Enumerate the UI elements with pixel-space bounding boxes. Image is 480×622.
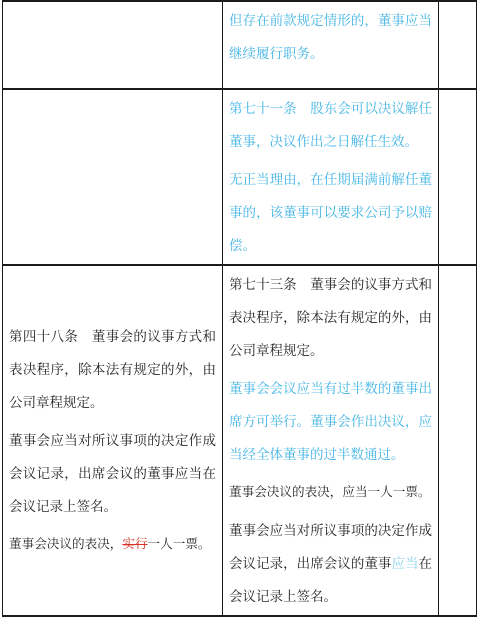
- table-cell: [3, 89, 223, 265]
- paragraph: 董事会会议应当有过半数的董事出席方可举行。董事会作出决议，应当经全体董事的过半数…: [229, 372, 432, 471]
- paragraph: 董事会应当对所议事项的决定作成会议记录，出席会议的董事应当在会议记录上签名。: [229, 514, 432, 613]
- text-run: 董事会决议的表决，应当一人一票。: [229, 485, 431, 499]
- paragraph: 第四十八条 董事会的议事方式和表决程序，除本法有规定的外，由公司章程规定。: [9, 320, 216, 419]
- paragraph: 董事会决议的表决，实行一人一票。: [9, 528, 216, 561]
- text-run: 董事会决议的表决，: [9, 537, 122, 551]
- paragraph: 第七十三条 董事会的议事方式和表决程序，除本法有规定的外，由公司章程规定。: [229, 268, 432, 367]
- paragraph: 但存在前款规定情形的，董事应当继续履行职务。: [229, 4, 432, 70]
- paragraph: 董事会决议的表决，应当一人一票。: [229, 476, 432, 509]
- inserted-text-run: 无正当理由，在任期届满前解任董事的，该董事可以要求公司予以赔偿。: [229, 172, 432, 253]
- inserted-text-run: 董事会会议应当有过半数的董事出席方可举行。董事会作出决议，应当经全体董事的过半数…: [229, 381, 432, 462]
- document-page: 但存在前款规定情形的，董事应当继续履行职务。第七十一条 股东会可以决议解任董事，…: [0, 0, 480, 617]
- table-cell: 第七十一条 股东会可以决议解任董事，决议作出之日解任生效。无正当理由，在任期届满…: [223, 89, 439, 265]
- table-cell: [439, 89, 477, 265]
- table-cell: 第四十八条 董事会的议事方式和表决程序，除本法有规定的外，由公司章程规定。董事会…: [3, 265, 223, 616]
- text-run: 一人一票。: [148, 537, 211, 551]
- table-row: 第四十八条 董事会的议事方式和表决程序，除本法有规定的外，由公司章程规定。董事会…: [3, 265, 477, 616]
- table-cell: [439, 265, 477, 616]
- inserted-text-run: 第七十一条 股东会可以决议解任董事，决议作出之日解任生效。: [229, 101, 432, 149]
- law-comparison-table: 但存在前款规定情形的，董事应当继续履行职务。第七十一条 股东会可以决议解任董事，…: [2, 0, 477, 617]
- table-cell: 第七十三条 董事会的议事方式和表决程序，除本法有规定的外，由公司章程规定。董事会…: [223, 265, 439, 616]
- deleted-text-run: 实行: [122, 537, 147, 551]
- text-run: 董事会应当对所议事项的决定作成会议记录，出席会议的董事应当在会议记录上签名。: [9, 433, 216, 514]
- table-cell: [3, 1, 223, 89]
- text-run: 第七十三条 董事会的议事方式和表决程序，除本法有规定的外，由公司章程规定。: [229, 277, 432, 358]
- paragraph: 无正当理由，在任期届满前解任董事的，该董事可以要求公司予以赔偿。: [229, 163, 432, 262]
- paragraph: 董事会应当对所议事项的决定作成会议记录，出席会议的董事应当在会议记录上签名。: [9, 424, 216, 523]
- table-body: 但存在前款规定情形的，董事应当继续履行职务。第七十一条 股东会可以决议解任董事，…: [3, 1, 477, 616]
- table-row: 第七十一条 股东会可以决议解任董事，决议作出之日解任生效。无正当理由，在任期届满…: [3, 89, 477, 265]
- table-cell: [439, 1, 477, 89]
- table-row: 但存在前款规定情形的，董事应当继续履行职务。: [3, 1, 477, 89]
- paragraph: 第七十一条 股东会可以决议解任董事，决议作出之日解任生效。: [229, 92, 432, 158]
- inserted-text-run: 但存在前款规定情形的，董事应当继续履行职务。: [229, 13, 432, 61]
- text-run: 第四十八条 董事会的议事方式和表决程序，除本法有规定的外，由公司章程规定。: [9, 329, 216, 410]
- inserted-text-run: 应当: [391, 556, 418, 571]
- table-cell: 但存在前款规定情形的，董事应当继续履行职务。: [223, 1, 439, 89]
